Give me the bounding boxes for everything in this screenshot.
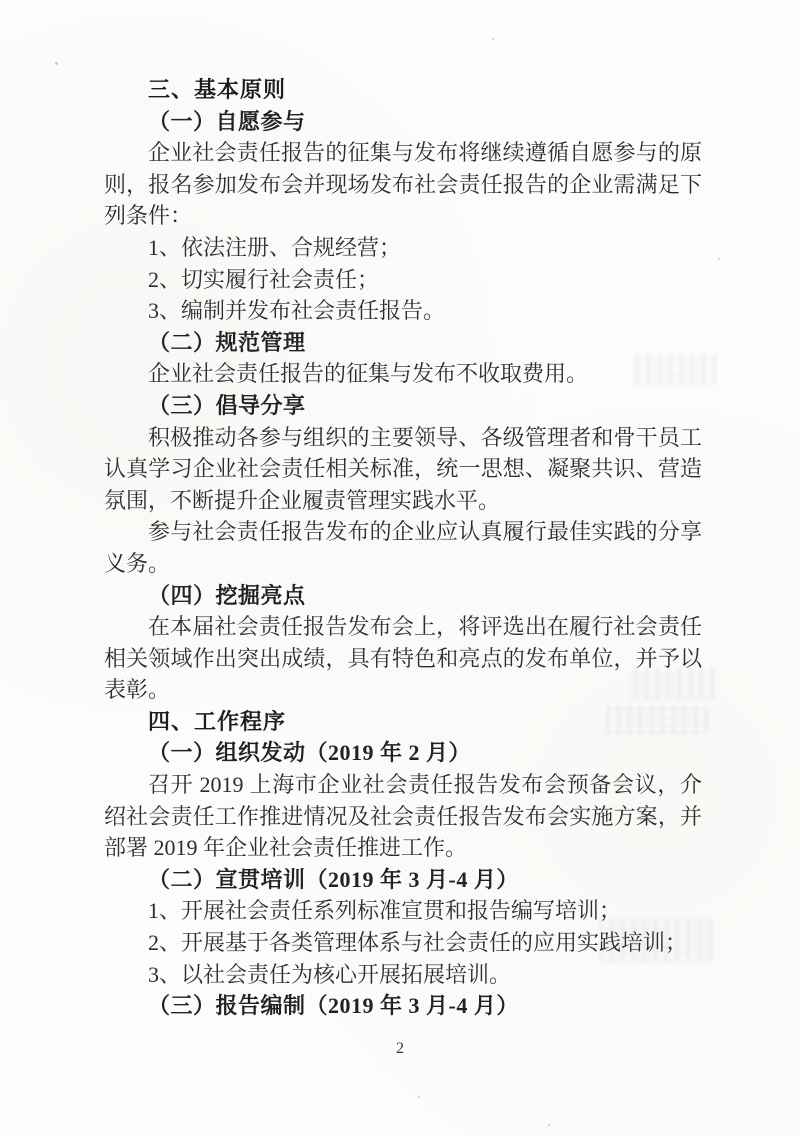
numbered-item: 2、切实履行社会责任； — [104, 264, 702, 296]
scan-speck — [718, 258, 720, 260]
numbered-item: 1、依法注册、合规经营； — [104, 232, 702, 264]
paragraph: 企业社会责任报告的征集与发布将继续遵循自愿参与的原则，报名参加发布会并现场发布社… — [104, 137, 702, 232]
sub-heading: （一）自愿参与 — [104, 106, 702, 138]
document-body: 三、基本原则 （一）自愿参与 企业社会责任报告的征集与发布将继续遵循自愿参与的原… — [104, 74, 702, 1022]
sub-heading: （二）宣贯培训（2019 年 3 月-4 月） — [104, 864, 702, 896]
scan-speck — [418, 1096, 420, 1098]
sub-heading: （二）规范管理 — [104, 327, 702, 359]
sub-heading: （一）组织发动（2019 年 2 月） — [104, 737, 702, 769]
paragraph: 召开 2019 上海市企业社会责任报告发布会预备会议，介绍社会责任工作推进情况及… — [104, 769, 702, 864]
scan-speck — [548, 1124, 550, 1126]
sub-heading: （三）倡导分享 — [104, 390, 702, 422]
paragraph: 在本届社会责任报告发布会上，将评选出在履行社会责任相关领域作出突出成绩，具有特色… — [104, 611, 702, 706]
section-heading: 三、基本原则 — [104, 74, 702, 106]
numbered-item: 3、以社会责任为核心开展拓展培训。 — [104, 959, 702, 991]
paragraph: 积极推动各参与组织的主要领导、各级管理者和骨干员工认真学习企业社会责任相关标准，… — [104, 422, 702, 517]
sub-heading: （四）挖掘亮点 — [104, 580, 702, 612]
sub-heading: （三）报告编制（2019 年 3 月-4 月） — [104, 990, 702, 1022]
section-heading: 四、工作程序 — [104, 706, 702, 738]
scan-speck — [492, 38, 494, 40]
document-page: 三、基本原则 （一）自愿参与 企业社会责任报告的征集与发布将继续遵循自愿参与的原… — [0, 0, 800, 1136]
numbered-item: 1、开展社会责任系列标准宣贯和报告编写培训； — [104, 895, 702, 927]
paragraph: 参与社会责任报告发布的企业应认真履行最佳实践的分享义务。 — [104, 516, 702, 579]
page-number: 2 — [0, 1040, 800, 1058]
scan-speck — [55, 62, 58, 65]
numbered-item: 2、开展基于各类管理体系与社会责任的应用实践培训； — [104, 927, 702, 959]
paragraph: 企业社会责任报告的征集与发布不收取费用。 — [104, 358, 702, 390]
numbered-item: 3、编制并发布社会责任报告。 — [104, 295, 702, 327]
